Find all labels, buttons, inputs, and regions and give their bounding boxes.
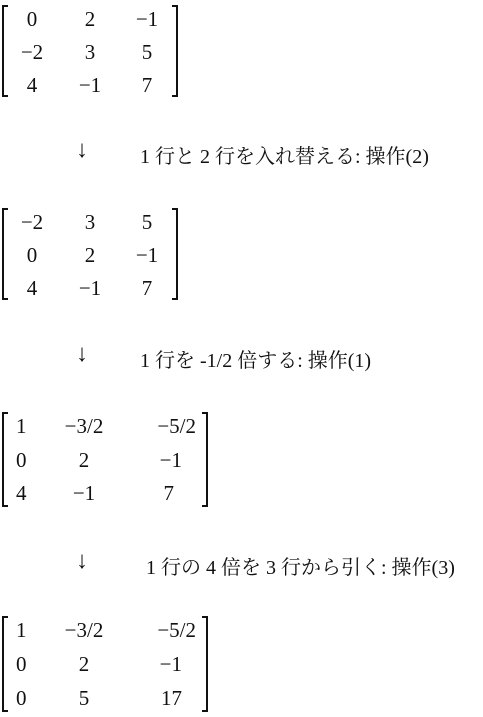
matrix-cell: −1 xyxy=(136,7,158,31)
matrix-cell: 7 xyxy=(142,73,153,97)
matrix-cell: 4 xyxy=(27,276,38,300)
matrix-cell: −2 xyxy=(21,210,43,234)
left-bracket xyxy=(2,616,8,712)
operation-description: 1 行を -1/2 倍する: 操作(1) xyxy=(140,344,371,373)
matrix-cell: −1 xyxy=(160,448,182,472)
matrix-cell: −3/2 xyxy=(65,618,104,642)
matrix-cell: 2 xyxy=(79,652,90,676)
matrix-result: 1 −3/2 −5/2 0 2 −1 0 5 17 xyxy=(2,616,210,712)
matrix-cell: −3/2 xyxy=(65,414,104,438)
matrix-cell: 0 xyxy=(16,686,27,710)
left-bracket xyxy=(2,5,8,97)
down-arrow-icon: ↓ xyxy=(76,137,88,164)
matrix-cell: 2 xyxy=(85,7,96,31)
matrix-cell: −1 xyxy=(136,243,158,267)
down-arrow-icon: ↓ xyxy=(76,548,88,575)
matrix-cell: 1 xyxy=(16,414,27,438)
matrix-cell: −1 xyxy=(79,73,101,97)
left-bracket xyxy=(2,208,8,300)
down-arrow-icon: ↓ xyxy=(76,341,88,368)
matrix-cell: 0 xyxy=(16,652,27,676)
matrix-cell: 3 xyxy=(85,40,96,64)
matrix-swapped: −2 3 5 0 2 −1 4 −1 7 xyxy=(2,208,180,300)
right-bracket xyxy=(172,5,178,97)
matrix-cell: −5/2 xyxy=(157,618,196,642)
matrix-cell: −2 xyxy=(21,40,43,64)
matrix-cell: 0 xyxy=(16,448,27,472)
matrix-cell: −1 xyxy=(160,652,182,676)
right-bracket xyxy=(202,616,208,712)
matrix-cell: 7 xyxy=(142,276,153,300)
matrix-scaled: 1 −3/2 −5/2 0 2 −1 4 −1 7 xyxy=(2,412,210,507)
matrix-cell: 4 xyxy=(27,73,38,97)
right-bracket xyxy=(172,208,178,300)
matrix-cell: 7 xyxy=(164,481,175,505)
matrix-cell: 3 xyxy=(85,210,96,234)
matrix-cell: 4 xyxy=(16,481,27,505)
matrix-cell: 2 xyxy=(79,448,90,472)
matrix-cell: −1 xyxy=(73,481,95,505)
matrix-cell: 0 xyxy=(27,243,38,267)
right-bracket xyxy=(202,412,208,507)
operation-description: 1 行の 4 倍を 3 行から引く: 操作(3) xyxy=(146,551,455,580)
matrix-cell: −5/2 xyxy=(157,414,196,438)
matrix-cell: 17 xyxy=(161,686,182,710)
matrix-cell: 1 xyxy=(16,618,27,642)
matrix-cell: 5 xyxy=(79,686,90,710)
operation-description: 1 行と 2 行を入れ替える: 操作(2) xyxy=(140,140,429,169)
left-bracket xyxy=(2,412,8,507)
matrix-original: 0 2 −1 −2 3 5 4 −1 7 xyxy=(2,5,180,97)
matrix-cell: 2 xyxy=(85,243,96,267)
matrix-cell: 5 xyxy=(142,40,153,64)
matrix-cell: 5 xyxy=(142,210,153,234)
matrix-cell: 0 xyxy=(27,7,38,31)
matrix-cell: −1 xyxy=(79,276,101,300)
